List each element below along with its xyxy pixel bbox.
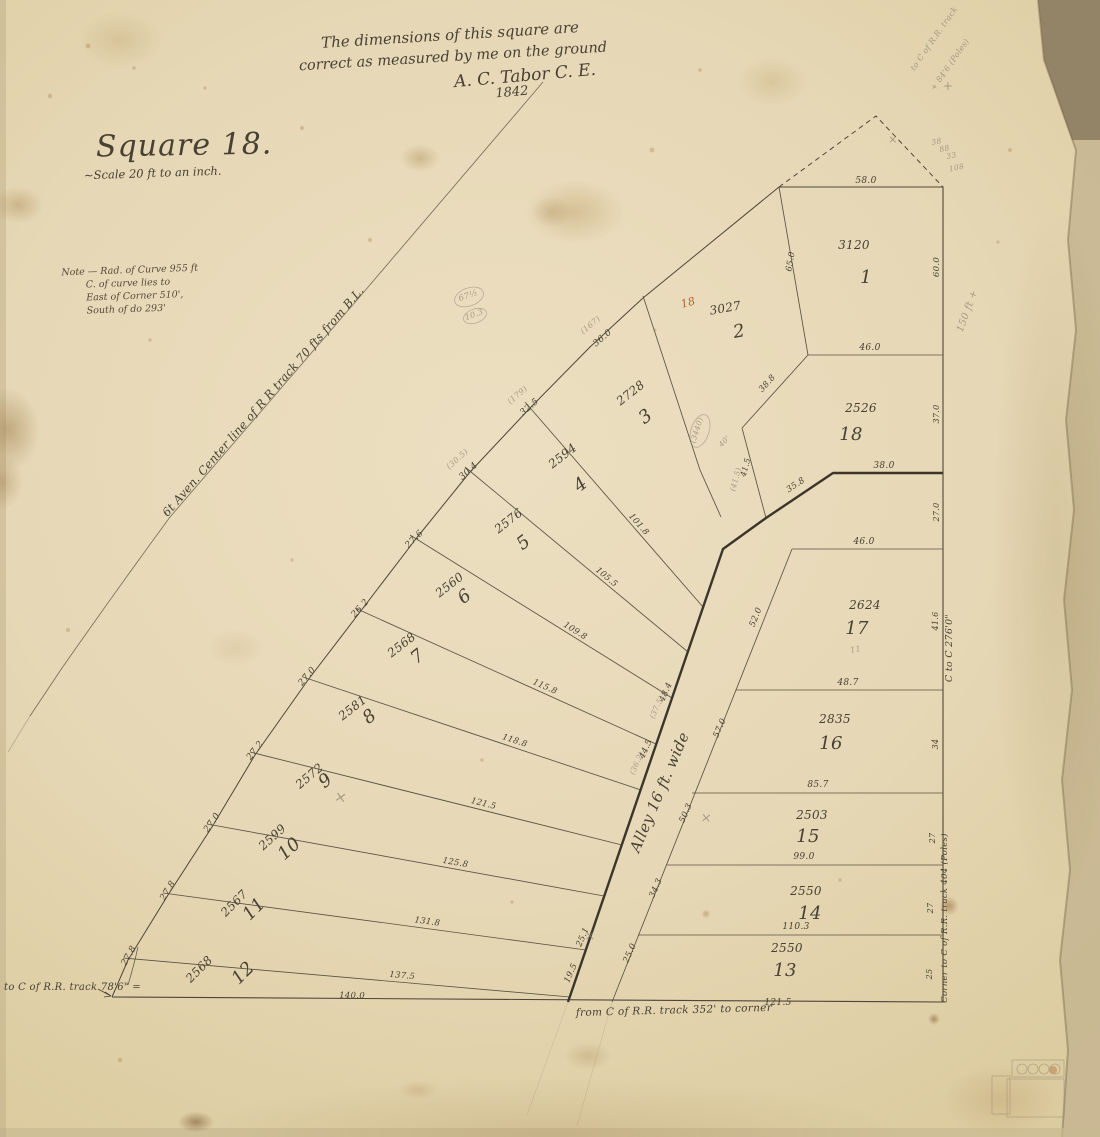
dimension-label: 50.3 [678, 802, 695, 824]
lot-area-label: 2550 [770, 941, 803, 955]
dimension-label: 10.3 [464, 307, 485, 322]
note-to-track: to C of R.R. track 78'6" = [4, 982, 141, 993]
pencil-sketch [992, 1060, 1064, 1117]
lot-area-label: 2503 [795, 808, 828, 822]
dimension-label: (37.5) [648, 694, 666, 720]
lot-number-label: 4 [569, 473, 592, 497]
lot-number-label: 3 [635, 405, 657, 429]
dimension-label: (36.2) [628, 750, 646, 776]
note-c-to-c: C to C 276'0" [944, 614, 955, 682]
survey-map-sheet: 3120130272272832594425765256062568725818… [0, 0, 1100, 1137]
lot-area-label: 2728 [613, 378, 647, 409]
lot-number-label: 13 [773, 960, 797, 981]
dimension-label: 140.0 [339, 991, 365, 1001]
note-corner-to-track: Corner to C of R.R. track 404 (Poles) [939, 833, 950, 1003]
dimension-label: 131.8 [414, 915, 441, 929]
lot-labels: 3120130272272832594425765256062568725818… [182, 238, 881, 989]
dimension-label: 27.8 [158, 879, 178, 903]
dimension-label: 11 [849, 644, 861, 655]
lot-area-label: 2550 [789, 884, 822, 898]
dimension-label: 105.5 [593, 565, 619, 589]
note-from-track: from C of R.R. track 352' to corner [575, 1002, 773, 1019]
lot-number-label: 18 [839, 424, 863, 445]
dimension-label: 46.0 [852, 537, 874, 547]
dimension-label: 27.6 [403, 529, 426, 552]
lot-number-label: 12 [227, 957, 258, 988]
lot-area-label: 2624 [848, 598, 881, 612]
dimension-label: 27.0 [202, 811, 223, 835]
dimension-label: 38.0 [873, 461, 894, 471]
lot-number-label: 14 [798, 903, 822, 924]
dimension-label: 36.0 [591, 328, 614, 349]
dimension-label: 108 [948, 162, 965, 174]
dimension-label: 57.0 [712, 717, 729, 740]
dimension-label: 27 [928, 832, 937, 844]
pencil-x-mark: × [700, 811, 712, 827]
dimension-label: 58.0 [855, 176, 876, 186]
dimension-label: 46.0 [858, 343, 880, 353]
dimension-label: 85.7 [807, 780, 828, 790]
pencil-circles [452, 283, 714, 450]
lot-area-label: 2835 [818, 712, 851, 726]
lot-number-label: 6 [454, 585, 476, 609]
dimension-label: 48.7 [836, 678, 858, 688]
dimension-label: (167) [579, 314, 602, 336]
lot-area-label: 2568 [182, 953, 215, 986]
lot-number-label: 8 [359, 705, 381, 729]
foxing-specks [48, 44, 1012, 1063]
dimension-label: 125.8 [442, 856, 469, 870]
dimension-label: 99.0 [793, 852, 814, 862]
dimension-label: 27 [926, 902, 935, 914]
dimension-label: 110.3 [782, 922, 809, 932]
dimension-label: 30.4 [457, 461, 479, 483]
alley-name-label: Alley 16 ft. wide [625, 729, 693, 856]
dimension-label: 27.2 [244, 739, 266, 763]
lot-number-label: 7 [407, 645, 429, 669]
dimension-label: 33 [946, 150, 958, 161]
avenue-centerline-label: 6t Aven. Center line of R R track 70 fts… [159, 284, 366, 520]
alley-bold-boundary [568, 473, 943, 1002]
pencil-x-mark: × [333, 787, 349, 807]
lot-number-label: 5 [513, 531, 535, 555]
alley-faint-continuation [527, 1002, 612, 1126]
lot-number-label: 16 [819, 733, 843, 754]
dimension-label: 25 [925, 969, 934, 981]
dimension-label: 34 [931, 739, 940, 750]
pencil-note-150ft: 150 ft + [955, 289, 980, 334]
dimension-label: 67½ [457, 287, 480, 304]
dimension-label: 37.0 [932, 404, 941, 423]
dimension-label: 25.0 [621, 942, 639, 966]
dimension-label: 41.6 [931, 611, 940, 631]
lot-number-label: 1 [860, 267, 872, 288]
dimension-label: 118.8 [501, 732, 529, 750]
avenue-centerline [8, 82, 543, 752]
pencil-x-mark: × [888, 133, 898, 146]
dimension-label: 27.0 [296, 665, 318, 688]
map-title: Square 18. [96, 126, 273, 164]
lot-division-lines [123, 187, 943, 1002]
dimension-label: 34.3 [648, 877, 665, 899]
dimension-label: 40' [716, 434, 732, 450]
lot-number-label: 15 [796, 826, 820, 847]
block-boundary [112, 116, 943, 1002]
lot-number-label: 2 [730, 320, 746, 343]
orange-mark-18: 18 [679, 294, 696, 310]
dimension-label: 137.5 [389, 970, 416, 982]
lot-area-label: 3027 [708, 298, 742, 317]
dimension-label: 65.0 [784, 251, 797, 273]
dimension-label: 121.5 [470, 796, 497, 812]
curve-note: Note — Rad. of Curve 955 ft C. of curve … [61, 262, 200, 319]
dimension-label: 101.8 [626, 512, 651, 538]
lot-number-label: 17 [845, 618, 869, 639]
pencil-plus-mark: + [943, 79, 953, 93]
dimension-label: (41.5) [728, 466, 743, 492]
pencil-x-mark: × [584, 929, 595, 944]
dimension-label: 60.0 [932, 257, 942, 277]
lot-area-label: 2526 [844, 401, 877, 415]
lot-area-label: 3120 [838, 238, 870, 252]
dimension-label: 27.0 [932, 502, 941, 522]
